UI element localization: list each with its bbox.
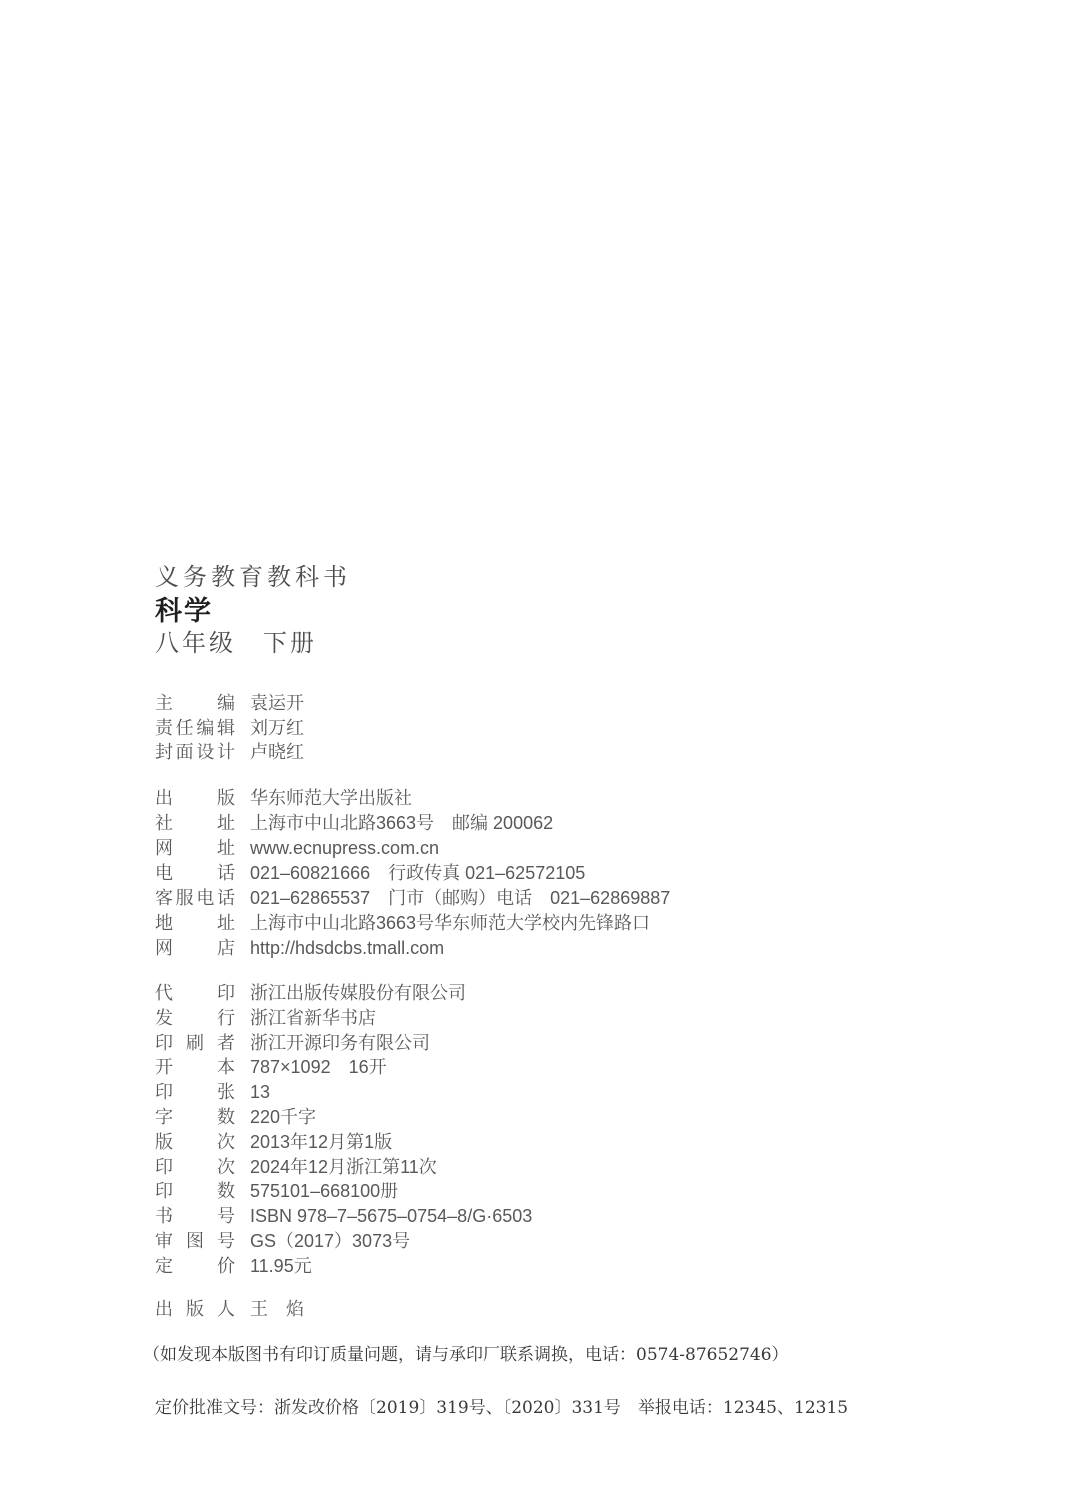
field-value: 上海市中山北路3663号 邮编 200062 (250, 809, 553, 835)
website-url: www.ecnupress.com.cn (250, 838, 439, 859)
printing-row: 印张 13 (155, 1078, 532, 1103)
field-value: 575101–668100册 (250, 1177, 398, 1203)
publisher-row: 客服电话 021–62865537 门市（邮购）电话 021–62869887 (155, 884, 670, 909)
field-label: 社址 (155, 809, 235, 835)
editors-block: 主编 袁运开 责任编辑 刘万红 封面设计 卢晓红 (155, 689, 304, 763)
field-value: 浙江出版传媒股份有限公司 (250, 979, 466, 1005)
editor-name: 卢晓红 (250, 738, 304, 764)
publisher-row: 网店 http://hdsdcbs.tmall.com (155, 934, 670, 959)
editor-name: 刘万红 (250, 714, 304, 740)
field-label: 印刷者 (155, 1029, 235, 1055)
publisher-row: 电话 021–60821666 行政传真 021–62572105 (155, 859, 670, 884)
field-value: 上海市中山北路3663号华东师范大学校内先锋路口 (250, 909, 650, 935)
price-approval-note: 定价批准文号：浙发改价格〔2019〕319号、〔2020〕331号 举报电话：1… (155, 1393, 848, 1418)
colophon-page: 义务教育教科书 科学 八年级 下册 主编 袁运开 责任编辑 刘万红 封面设计 卢… (0, 0, 1088, 1508)
printing-row: 字数 220千字 (155, 1103, 532, 1128)
field-label: 客服电话 (155, 884, 235, 910)
field-label: 出版 (155, 784, 235, 810)
publisher-person-row: 出版人 王 焰 (155, 1295, 304, 1320)
field-value: 021–62865537 门市（邮购）电话 021–62869887 (250, 884, 670, 910)
printing-row: 发行 浙江省新华书店 (155, 1004, 532, 1029)
field-label: 印数 (155, 1177, 235, 1203)
editor-role-label: 责任编辑 (155, 714, 235, 740)
editor-row: 封面设计 卢晓红 (155, 738, 304, 763)
editor-role-label: 封面设计 (155, 738, 235, 764)
field-value: 浙江省新华书店 (250, 1004, 376, 1030)
field-value: GS（2017）3073号 (250, 1227, 410, 1253)
field-label: 网址 (155, 834, 235, 860)
series-title: 义务教育教科书 (155, 557, 351, 592)
field-value: 2013年12月第1版 (250, 1128, 392, 1154)
field-label: 地址 (155, 909, 235, 935)
price-value: 11.95元 (250, 1252, 312, 1278)
printing-block: 代印 浙江出版传媒股份有限公司 发行 浙江省新华书店 印刷者 浙江开源印务有限公… (155, 979, 532, 1277)
printing-row: 印数 575101–668100册 (155, 1177, 532, 1202)
publisher-person-name: 王 焰 (250, 1295, 304, 1321)
field-label: 网店 (155, 934, 235, 960)
isbn-value: ISBN 978–7–5675–0754–8/G·6503 (250, 1206, 532, 1227)
printing-row: 印刷者 浙江开源印务有限公司 (155, 1029, 532, 1054)
publisher-row: 地址 上海市中山北路3663号华东师范大学校内先锋路口 (155, 909, 670, 934)
publisher-row: 网址 www.ecnupress.com.cn (155, 834, 670, 859)
printing-row: 代印 浙江出版传媒股份有限公司 (155, 979, 532, 1004)
field-value: 220千字 (250, 1103, 316, 1129)
field-value: 浙江开源印务有限公司 (250, 1029, 430, 1055)
field-value: 021–60821666 行政传真 021–62572105 (250, 859, 585, 885)
publisher-block: 出版 华东师范大学出版社 社址 上海市中山北路3663号 邮编 200062 网… (155, 784, 670, 959)
store-url: http://hdsdcbs.tmall.com (250, 938, 444, 959)
field-label: 字数 (155, 1103, 235, 1129)
editor-row: 主编 袁运开 (155, 689, 304, 714)
publisher-row: 社址 上海市中山北路3663号 邮编 200062 (155, 809, 670, 834)
publisher-person-block: 出版人 王 焰 (155, 1295, 304, 1320)
editor-row: 责任编辑 刘万红 (155, 714, 304, 739)
publisher-row: 出版 华东师范大学出版社 (155, 784, 670, 809)
field-value: 787×1092 16开 (250, 1053, 387, 1079)
printing-row: 版次 2013年12月第1版 (155, 1128, 532, 1153)
editor-name: 袁运开 (250, 689, 304, 715)
grade-volume: 八年级 下册 (155, 623, 317, 658)
field-value: 2024年12月浙江第11次 (250, 1153, 437, 1179)
field-label: 印张 (155, 1078, 235, 1104)
field-label: 电话 (155, 859, 235, 885)
field-value: 华东师范大学出版社 (250, 784, 412, 810)
field-label: 定价 (155, 1252, 235, 1278)
editor-role-label: 主编 (155, 689, 235, 715)
printing-row: 印次 2024年12月浙江第11次 (155, 1153, 532, 1178)
printing-row: 审图号 GS（2017）3073号 (155, 1227, 532, 1252)
field-label: 版次 (155, 1128, 235, 1154)
field-label: 出版人 (155, 1295, 235, 1321)
print-quality-note: （如发现本版图书有印订质量问题，请与承印厂联系调换，电话：0574-876527… (143, 1340, 789, 1365)
field-label: 代印 (155, 979, 235, 1005)
field-label: 审图号 (155, 1227, 235, 1253)
field-value: 13 (250, 1082, 270, 1103)
field-label: 开本 (155, 1053, 235, 1079)
field-label: 印次 (155, 1153, 235, 1179)
field-label: 发行 (155, 1004, 235, 1030)
printing-row: 定价 11.95元 (155, 1252, 532, 1277)
printing-row: 开本 787×1092 16开 (155, 1053, 532, 1078)
printing-row: 书号 ISBN 978–7–5675–0754–8/G·6503 (155, 1202, 532, 1227)
field-label: 书号 (155, 1202, 235, 1228)
